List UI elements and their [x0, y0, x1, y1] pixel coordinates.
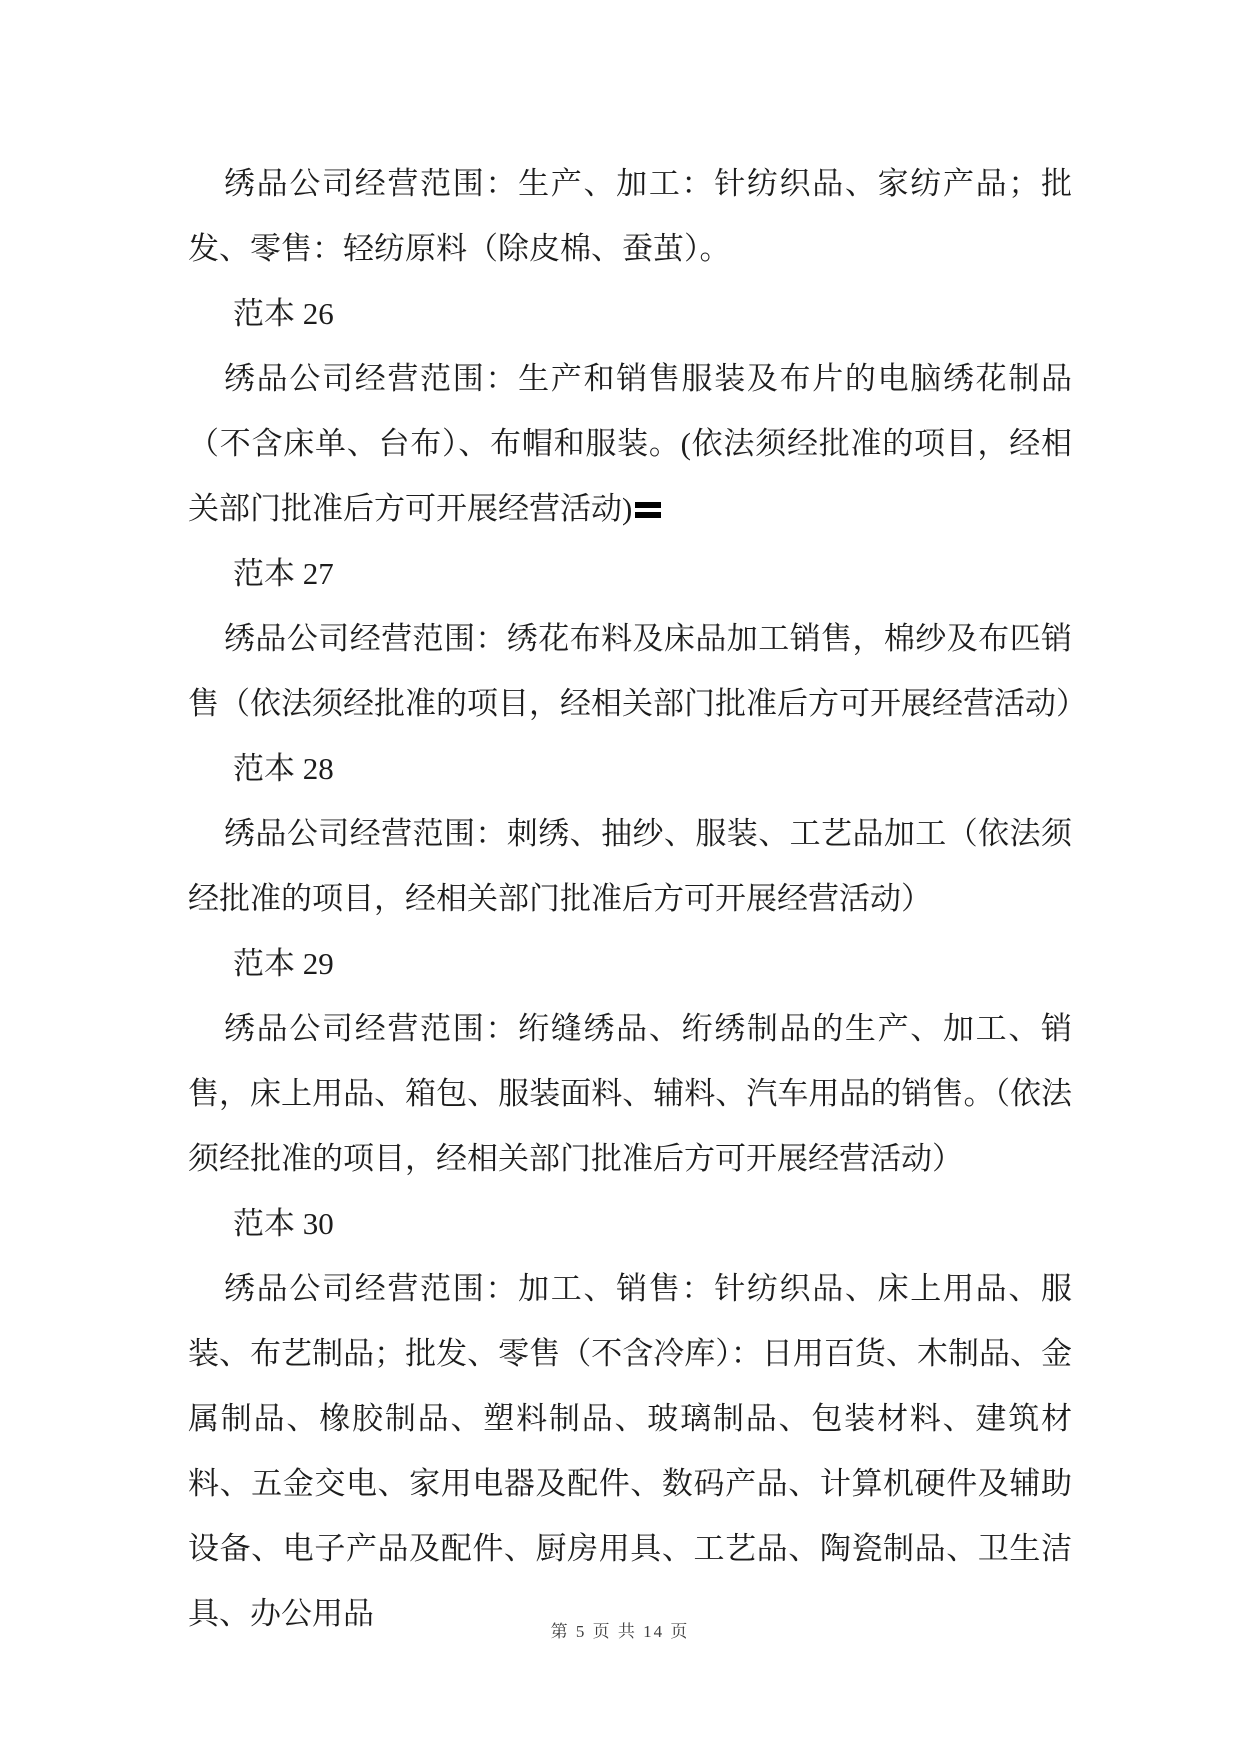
double-bar-icon — [635, 502, 661, 518]
heading-template-27: 范本 27 — [188, 541, 1072, 606]
paragraph-business-scope-29: 绣品公司经营范围：绗缝绣品、绗绣制品的生产、加工、销售，床上用品、箱包、服装面料… — [188, 996, 1072, 1191]
document-page: 绣品公司经营范围：生产、加工：针纺织品、家纺产品；批发、零售：轻纺原料（除皮棉、… — [0, 0, 1240, 1753]
paragraph-business-scope-26: 绣品公司经营范围：生产和销售服装及布片的电脑绣花制品（不含床单、台布）、布帽和服… — [188, 346, 1072, 541]
paragraph-business-scope-28: 绣品公司经营范围：刺绣、抽纱、服装、工艺品加工（依法须经批准的项目，经相关部门批… — [188, 801, 1072, 931]
paragraph-business-scope-27: 绣品公司经营范围：绣花布料及床品加工销售，棉纱及布匹销售（依法须经批准的项目，经… — [188, 606, 1072, 736]
paragraph-text: 绣品公司经营范围：生产和销售服装及布片的电脑绣花制品（不含床单、台布）、布帽和服… — [188, 361, 1072, 526]
paragraph-business-scope-30: 绣品公司经营范围：加工、销售：针纺织品、床上用品、服装、布艺制品；批发、零售（不… — [188, 1256, 1072, 1646]
paragraph-business-scope-25: 绣品公司经营范围：生产、加工：针纺织品、家纺产品；批发、零售：轻纺原料（除皮棉、… — [188, 151, 1072, 281]
heading-template-28: 范本 28 — [188, 736, 1072, 801]
document-content: 绣品公司经营范围：生产、加工：针纺织品、家纺产品；批发、零售：轻纺原料（除皮棉、… — [188, 151, 1072, 1646]
heading-template-30: 范本 30 — [188, 1191, 1072, 1256]
heading-template-29: 范本 29 — [188, 931, 1072, 996]
heading-template-26: 范本 26 — [188, 281, 1072, 346]
page-footer: 第 5 页 共 14 页 — [0, 1620, 1240, 1644]
